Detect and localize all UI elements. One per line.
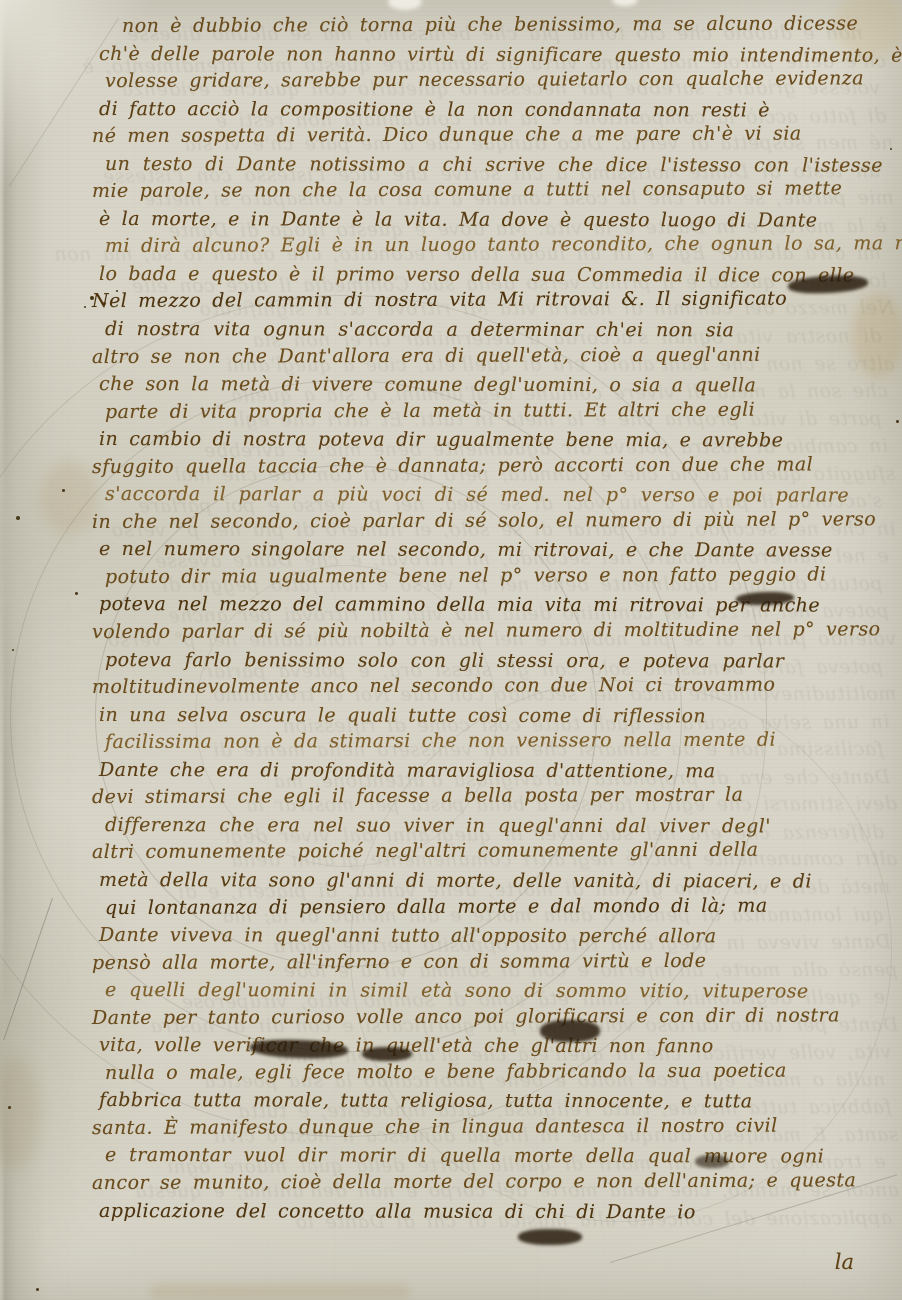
text-block: non è dubbio che ciò torna più che benis… [92,15,896,1227]
manuscript-line: facilissima non è da stimarsi che non ve… [105,728,896,758]
manuscript-line: non è dubbio che ciò torna più che benis… [122,12,896,42]
manuscript-line: altro se non che Dant'allora era di quel… [92,343,896,373]
manuscript-line: volendo parlar di sé più nobiltà è nel n… [92,618,896,648]
ink-speck [36,1288,39,1291]
manuscript-line: pensò alla morte, all'inferno e con di s… [92,949,896,979]
ink-blot [362,1047,412,1061]
manuscript-line: potuto dir mia ugualmente bene nel p° ve… [105,563,896,593]
manuscript-line: qui lontananza di pensiero dalla morte e… [105,894,896,924]
manuscript-line: moltitudinevolmente anco nel secondo con… [92,673,896,703]
manuscript-line: devi stimarsi che egli il facesse a bell… [92,784,896,814]
manuscript-photo: non è dubbio che ciò torna più che benis… [0,0,902,1300]
manuscript-line: applicazione del concetto alla musica di… [99,1200,896,1229]
ink-speck [896,420,899,423]
manuscript-line: né men sospetta di verità. Dico dunque c… [92,122,896,152]
ink-blot [695,1155,729,1168]
manuscript-line: parte di vita propria che è la metà in t… [105,398,896,428]
ink-blot [540,1020,600,1042]
manuscript-lines: non è dubbio che ciò torna più che benis… [92,15,896,1227]
ink-speck [12,649,14,651]
catchword: la [835,1250,854,1274]
manuscript-line: volesse gridare, sarebbe pur necessario … [105,67,896,97]
manuscript-line: Dante per tanto curioso volle anco poi g… [92,1004,896,1034]
ink-speck [75,592,78,595]
manuscript-line: nulla o male, egli fece molto e bene fab… [105,1059,896,1089]
manuscript-line: in che nel secondo, cioè parlar di sé so… [92,508,896,538]
manuscript-line: sfuggito quella taccia che è dannata; pe… [92,453,896,483]
manuscript-line: mi dirà alcuno? Egli è in un luogo tanto… [105,233,896,263]
manuscript-line: ancor se munito, cioè della morte del co… [92,1169,896,1199]
ink-speck [62,489,65,492]
ink-speck [8,1106,11,1109]
ink-speck [16,516,20,520]
ink-speck [84,306,86,308]
ink-blot [518,1229,582,1245]
manuscript-line: santa. È manifesto dunque che in lingua … [92,1114,896,1144]
manuscript-line: altri comunemente poiché negl'altri comu… [92,839,896,869]
manuscript-line: mie parole, se non che la cosa comune a … [92,177,896,207]
manuscript-line: Nel mezzo del cammin di nostra vita Mi r… [92,288,896,318]
